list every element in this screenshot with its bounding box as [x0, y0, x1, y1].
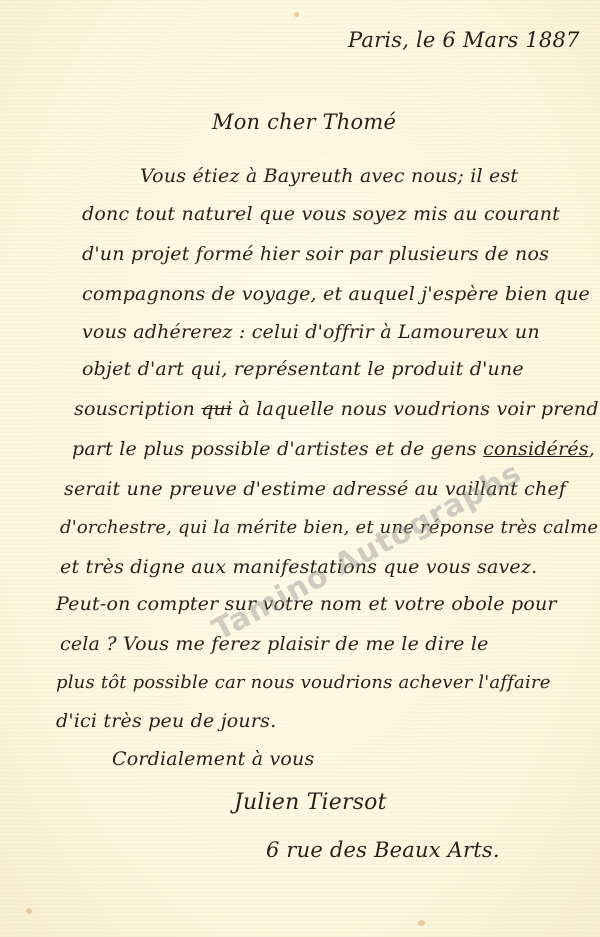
- signature: Julien Tiersot: [234, 790, 387, 815]
- body-line: d'un projet formé hier soir par plusieur…: [82, 243, 549, 265]
- body-line: compagnons de voyage, et auquel j'espère…: [82, 283, 590, 305]
- letter-page: Paris, le 6 Mars 1887 Mon cher Thomé Vou…: [0, 0, 600, 937]
- body-line: part le plus possible d'artistes et de g…: [72, 438, 595, 460]
- body-line: donc tout naturel que vous soyez mis au …: [82, 203, 560, 225]
- salutation: Mon cher Thomé: [212, 110, 396, 134]
- underlined-word: considérés: [483, 438, 589, 460]
- body-line: et très digne aux manifestations que vou…: [60, 556, 537, 578]
- body-line: cela ? Vous me ferez plaisir de me le di…: [60, 633, 489, 655]
- body-line: d'ici très peu de jours.: [56, 710, 276, 732]
- body-line: Vous étiez à Bayreuth avec nous; il est: [140, 165, 518, 187]
- foxing-spot: [26, 908, 32, 914]
- body-line: d'orchestre, qui la mérite bien, et une …: [60, 517, 598, 538]
- body-line: vous adhérerez : celui d'offrir à Lamour…: [82, 321, 540, 343]
- date-line: Paris, le 6 Mars 1887: [348, 28, 580, 52]
- struck-word: qui: [201, 398, 232, 420]
- foxing-spot: [418, 920, 425, 926]
- closing: Cordialement à vous: [112, 748, 314, 770]
- foxing-spot: [294, 12, 299, 17]
- body-line: objet d'art qui, représentant le produit…: [82, 358, 524, 380]
- body-line: Peut-on compter sur votre nom et votre o…: [56, 593, 557, 615]
- sender-address: 6 rue des Beaux Arts.: [266, 838, 500, 862]
- body-line: souscription qui à laquelle nous voudrio…: [74, 398, 600, 420]
- body-line: serait une preuve d'estime adressé au va…: [64, 478, 566, 500]
- body-line: plus tôt possible car nous voudrions ach…: [56, 672, 551, 693]
- body-word: souscription: [74, 398, 195, 420]
- body-word: à laquelle nous voudrions voir prendre: [239, 398, 600, 420]
- body-word: ,: [589, 438, 595, 460]
- body-word: part le plus possible d'artistes et de g…: [72, 438, 477, 460]
